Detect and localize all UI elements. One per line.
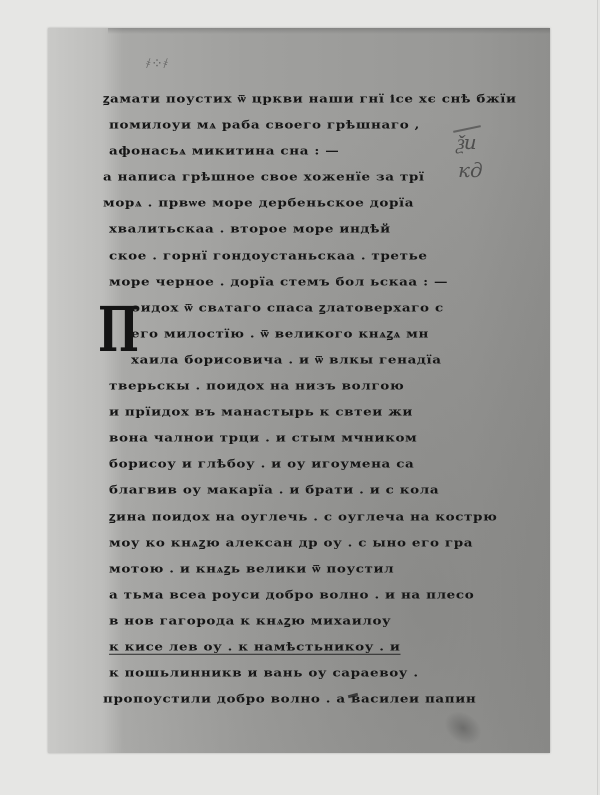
- text-line: тверьскы . поидох на низъ волгою: [103, 375, 523, 397]
- text-line: хвалитьскаа . второе море индѣй: [103, 218, 523, 240]
- text-line: афонасьѧ микитина сна : —: [103, 140, 523, 162]
- text-line: ꙁина поидох на оуглечь . с оуглеча на ко…: [103, 505, 523, 527]
- text-line: ꙁамати поустих ѿ цркви наши гнї ісе хє с…: [103, 88, 523, 110]
- text-line: и прїидох въ манастырь к свтеи жи: [103, 401, 523, 423]
- text-line: море черное . дорїа стемъ бол ьскаа : —: [103, 271, 523, 293]
- manuscript-page: ҂ ⁘ ҂ ѯи кд П ꙁамати поустих ѿ цркви наш…: [48, 28, 550, 753]
- text-line: пропоустили добро волно . а василеи папи…: [103, 688, 523, 710]
- text-line: в нов гагорода к кнѧꙁю михаилоу: [103, 610, 523, 632]
- text-line: моу ко кнѧꙁю алексан др оу . с ыно его г…: [103, 532, 523, 554]
- text-line: морѧ . првѡе море дербеньское дорїа: [103, 192, 523, 214]
- text-line-underlined: к кисе лев оу . к намѣстьникоу . и: [103, 636, 523, 658]
- manuscript-text: ꙁамати поустих ѿ цркви наши гнї ісе хє с…: [103, 86, 523, 712]
- text-line: а написа грѣшное свое хоженїе за трї: [103, 166, 523, 188]
- text-line: вона чалнои трци . и стым мчником: [103, 427, 523, 449]
- text-line: мотою . и кнѧꙁь велики ѿ поустил: [103, 558, 523, 580]
- text-line: борисоу и глѣбоу . и оу игоумена са: [103, 453, 523, 475]
- text-line: помилоуи мѧ раба своего грѣшнаго ,: [103, 114, 523, 136]
- underlined-phrase: к кисе лев оу . к намѣстьникоу . и: [109, 640, 401, 654]
- text-line: благвив оу макарїа . и брати . и с кола: [103, 479, 523, 501]
- text-line: ское . горнї гондоустаньскаа . третье: [103, 245, 523, 267]
- text-line: к пошьлинникв и вань оу сараевоу .: [103, 662, 523, 684]
- text-line: хаила борисовича . и ѿ влкы генадїа: [103, 349, 523, 371]
- text-line: оидох ѿ свѧтаго спаса ꙁлатоверхаго с: [103, 297, 523, 319]
- text-line: его милостїю . ѿ великого кнѧꙁѧ мн: [103, 323, 523, 345]
- text-line: а тьма всеа роуси добро волно . и на пле…: [103, 584, 523, 606]
- ink-blot-mark: ҂ ⁘ ҂: [146, 56, 176, 78]
- page-top-shadow: [108, 28, 550, 34]
